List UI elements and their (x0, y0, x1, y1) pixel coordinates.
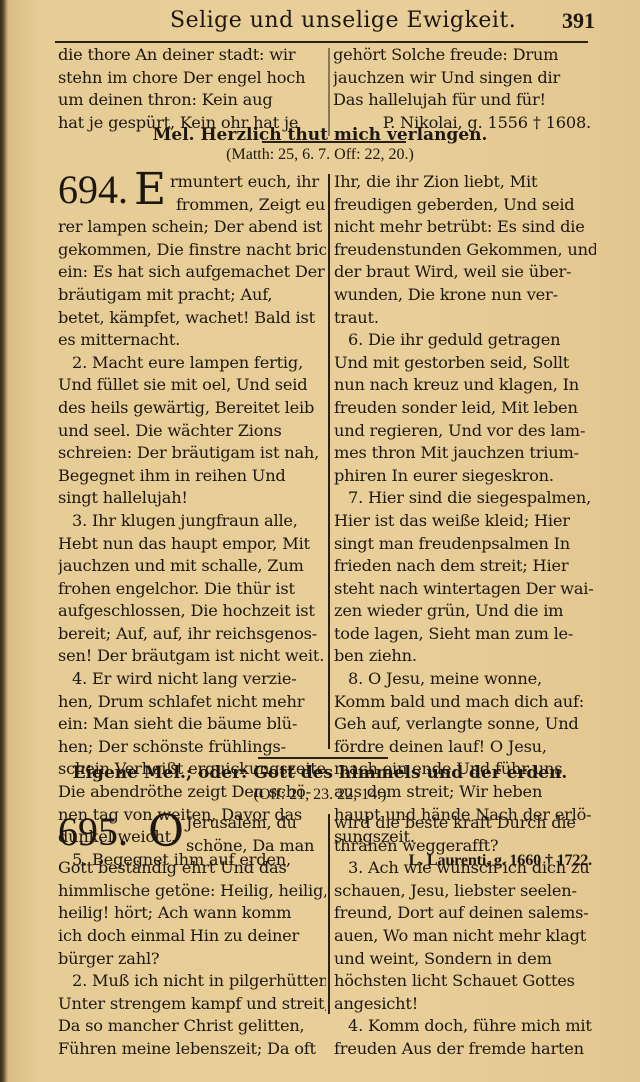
text-line: mes thron Mit jauchzen trium- (334, 442, 596, 465)
text-line: himmlische getöne: Heilig, heilig, (58, 880, 326, 903)
column-divider (328, 814, 330, 1014)
text-line: ich doch einmal Hin zu deiner (58, 925, 326, 948)
text-line: rmuntert euch, ihr (58, 171, 326, 194)
prev-hymn-left-column: die thore An deiner stadt: wir stehn im … (58, 44, 326, 134)
text-line: stehn im chore Der engel hoch (58, 67, 326, 90)
text-line: hen; Der schönste frühlings- (58, 736, 326, 759)
verse-start: 2. Muß ich nicht in pilgerhütten (58, 970, 326, 993)
text-line: frohen engelchor. Die thür ist (58, 578, 326, 601)
text-line: ein: Es hat sich aufgemachet Der (58, 261, 326, 284)
text-line: Da so mancher Christ gelitten, (58, 1015, 326, 1038)
text-line: freudigen geberden, Und seid (334, 194, 596, 217)
verse-start: 7. Hier sind die siegespalmen, (334, 487, 596, 510)
hymn-695-reference: (Off: 21, 23. 22, 14.) (0, 786, 640, 804)
text-line: jauchzen wir Und singen dir (333, 67, 593, 90)
text-line: traut. (334, 307, 596, 330)
text-line: bräutigam mit pracht; Auf, (58, 284, 326, 307)
text-line: fördre deinen lauf! O Jesu, (334, 736, 596, 759)
text-line: jauchzen und mit schalle, Zum (58, 555, 326, 578)
text-line: ben ziehn. (334, 645, 596, 668)
text-line: frommen, Zeigt eu- (58, 194, 326, 217)
verse-start: 4. Er wird nicht lang verzie- (58, 668, 326, 691)
text-line: Jerusalem, du (58, 812, 326, 835)
text-line: zen wieder grün, Und die im (334, 600, 596, 623)
text-line: die thore An deiner stadt: wir (58, 44, 326, 67)
text-line: Und füllet sie mit oel, Und seid (58, 374, 326, 397)
text-line: singt hallelujah! (58, 487, 326, 510)
verse-start: 8. O Jesu, meine wonne, (334, 668, 596, 691)
verse-start: 4. Komm doch, führe mich mit (334, 1015, 596, 1038)
text-line: Führen meine lebenszeit; Da oft (58, 1038, 326, 1061)
text-line: aufgeschlossen, Die hochzeit ist (58, 600, 326, 623)
text-line: tode lagen, Sieht man zum le- (334, 623, 596, 646)
text-line: nicht mehr betrübt: Es sind die (334, 216, 596, 239)
text-line: schreien: Der bräutigam ist nah, (58, 442, 326, 465)
text-line: Begegnet ihm in reihen Und (58, 465, 326, 488)
prev-hymn-right-column: gehört Solche freude: Drum jauchzen wir … (333, 44, 593, 134)
text-line: freund, Dort auf deinen salems- (334, 902, 596, 925)
hymn-694-reference: (Matth: 25, 6. 7. Off: 22, 20.) (0, 146, 640, 164)
text-line: schauen, Jesu, liebster seelen- (334, 880, 596, 903)
text-line: Gott beständig ehrt Und das (58, 857, 326, 880)
text-line: freuden Aus der fremde harten (334, 1038, 596, 1061)
text-line: steht nach wintertagen Der wai- (334, 578, 596, 601)
hymn-695-right-column: wird die beste kraft Durch die thränen w… (334, 812, 596, 1061)
text-line: des heils gewärtig, Bereitet leib (58, 397, 326, 420)
text-line: frieden nach dem streit; Hier (334, 555, 596, 578)
separator-rule (258, 757, 388, 759)
text-line: singt man freudenpsalmen In (334, 533, 596, 556)
section-title: Selige und unselige Ewigkeit. (170, 8, 516, 33)
page-number: 391 (562, 8, 595, 34)
verse-start: 2. Macht eure lampen fertig, (58, 352, 326, 375)
text-line: und regieren, Und vor des lam- (334, 420, 596, 443)
text-line: wird die beste kraft Durch die (334, 812, 596, 835)
header-rule (55, 41, 588, 43)
text-line: um deinen thron: Kein aug (58, 89, 326, 112)
text-line: freuden sonder leid, Mit leben (334, 397, 596, 420)
text-line: bürger zahl? (58, 948, 326, 971)
text-line: betet, kämpfet, wachet! Bald ist (58, 307, 326, 330)
text-line: höchsten licht Schauet Gottes (334, 970, 596, 993)
text-line: angesicht! (334, 993, 596, 1016)
text-line: phiren In eurer siegeskron. (334, 465, 596, 488)
text-line: wunden, Die krone nun ver- (334, 284, 596, 307)
text-line: und weint, Sondern in dem (334, 948, 596, 971)
text-line: Unter strengem kampf und streit, (58, 993, 326, 1016)
text-line: Geh auf, verlangte sonne, Und (334, 713, 596, 736)
text-line: es mitternacht. (58, 329, 326, 352)
text-line: hen, Drum schlafet nicht mehr (58, 691, 326, 714)
text-line: auen, Wo man nicht mehr klagt (334, 925, 596, 948)
text-line: schöne, Da man (58, 835, 326, 858)
verse-start: 3. Ach wie wünsch ich dich zu (334, 857, 596, 880)
running-header: Selige und unselige Ewigkeit. 391 (60, 6, 600, 38)
column-divider (328, 174, 330, 749)
text-line: nun nach kreuz und klagen, In (334, 374, 596, 397)
text-line: und seel. Die wächter Zions (58, 420, 326, 443)
hymnal-page: Selige und unselige Ewigkeit. 391 die th… (0, 0, 640, 1082)
text-line: Und mit gestorben seid, Sollt (334, 352, 596, 375)
hymn-695-left-column: Jerusalem, du schöne, Da man Gott bestän… (58, 812, 326, 1061)
verse-start: 3. Ihr klugen jungfraun alle, (58, 510, 326, 533)
text-line: heilig! hört; Ach wann komm (58, 902, 326, 925)
text-line: Hebt nun das haupt empor, Mit (58, 533, 326, 556)
text-line: der braut Wird, weil sie über- (334, 261, 596, 284)
text-line: Hier ist das weiße kleid; Hier (334, 510, 596, 533)
text-line: sen! Der bräutgam ist nicht weit. (58, 645, 326, 668)
text-line: gekommen, Die finstre nacht bricht (58, 239, 326, 262)
hymn-695-melody: Eigene Mel.; oder: Gott des himmels und … (0, 763, 640, 783)
column-divider (328, 48, 330, 136)
text-line: bereit; Auf, auf, ihr reichsgenos- (58, 623, 326, 646)
text-line: rer lampen schein; Der abend ist (58, 216, 326, 239)
text-line: freudenstunden Gekommen, und (334, 239, 596, 262)
text-line: gehört Solche freude: Drum (333, 44, 593, 67)
text-line: Das hallelujah für und für! (333, 89, 593, 112)
text-line: thränen weggerafft? (334, 835, 596, 858)
verse-start: 6. Die ihr geduld getragen (334, 329, 596, 352)
hymn-694-melody: Mel. Herzlich thut mich verlangen. (0, 125, 640, 145)
text-line: Ihr, die ihr Zion liebt, Mit (334, 171, 596, 194)
text-line: ein: Man sieht die bäume blü- (58, 713, 326, 736)
text-line: Komm bald und mach dich auf: (334, 691, 596, 714)
